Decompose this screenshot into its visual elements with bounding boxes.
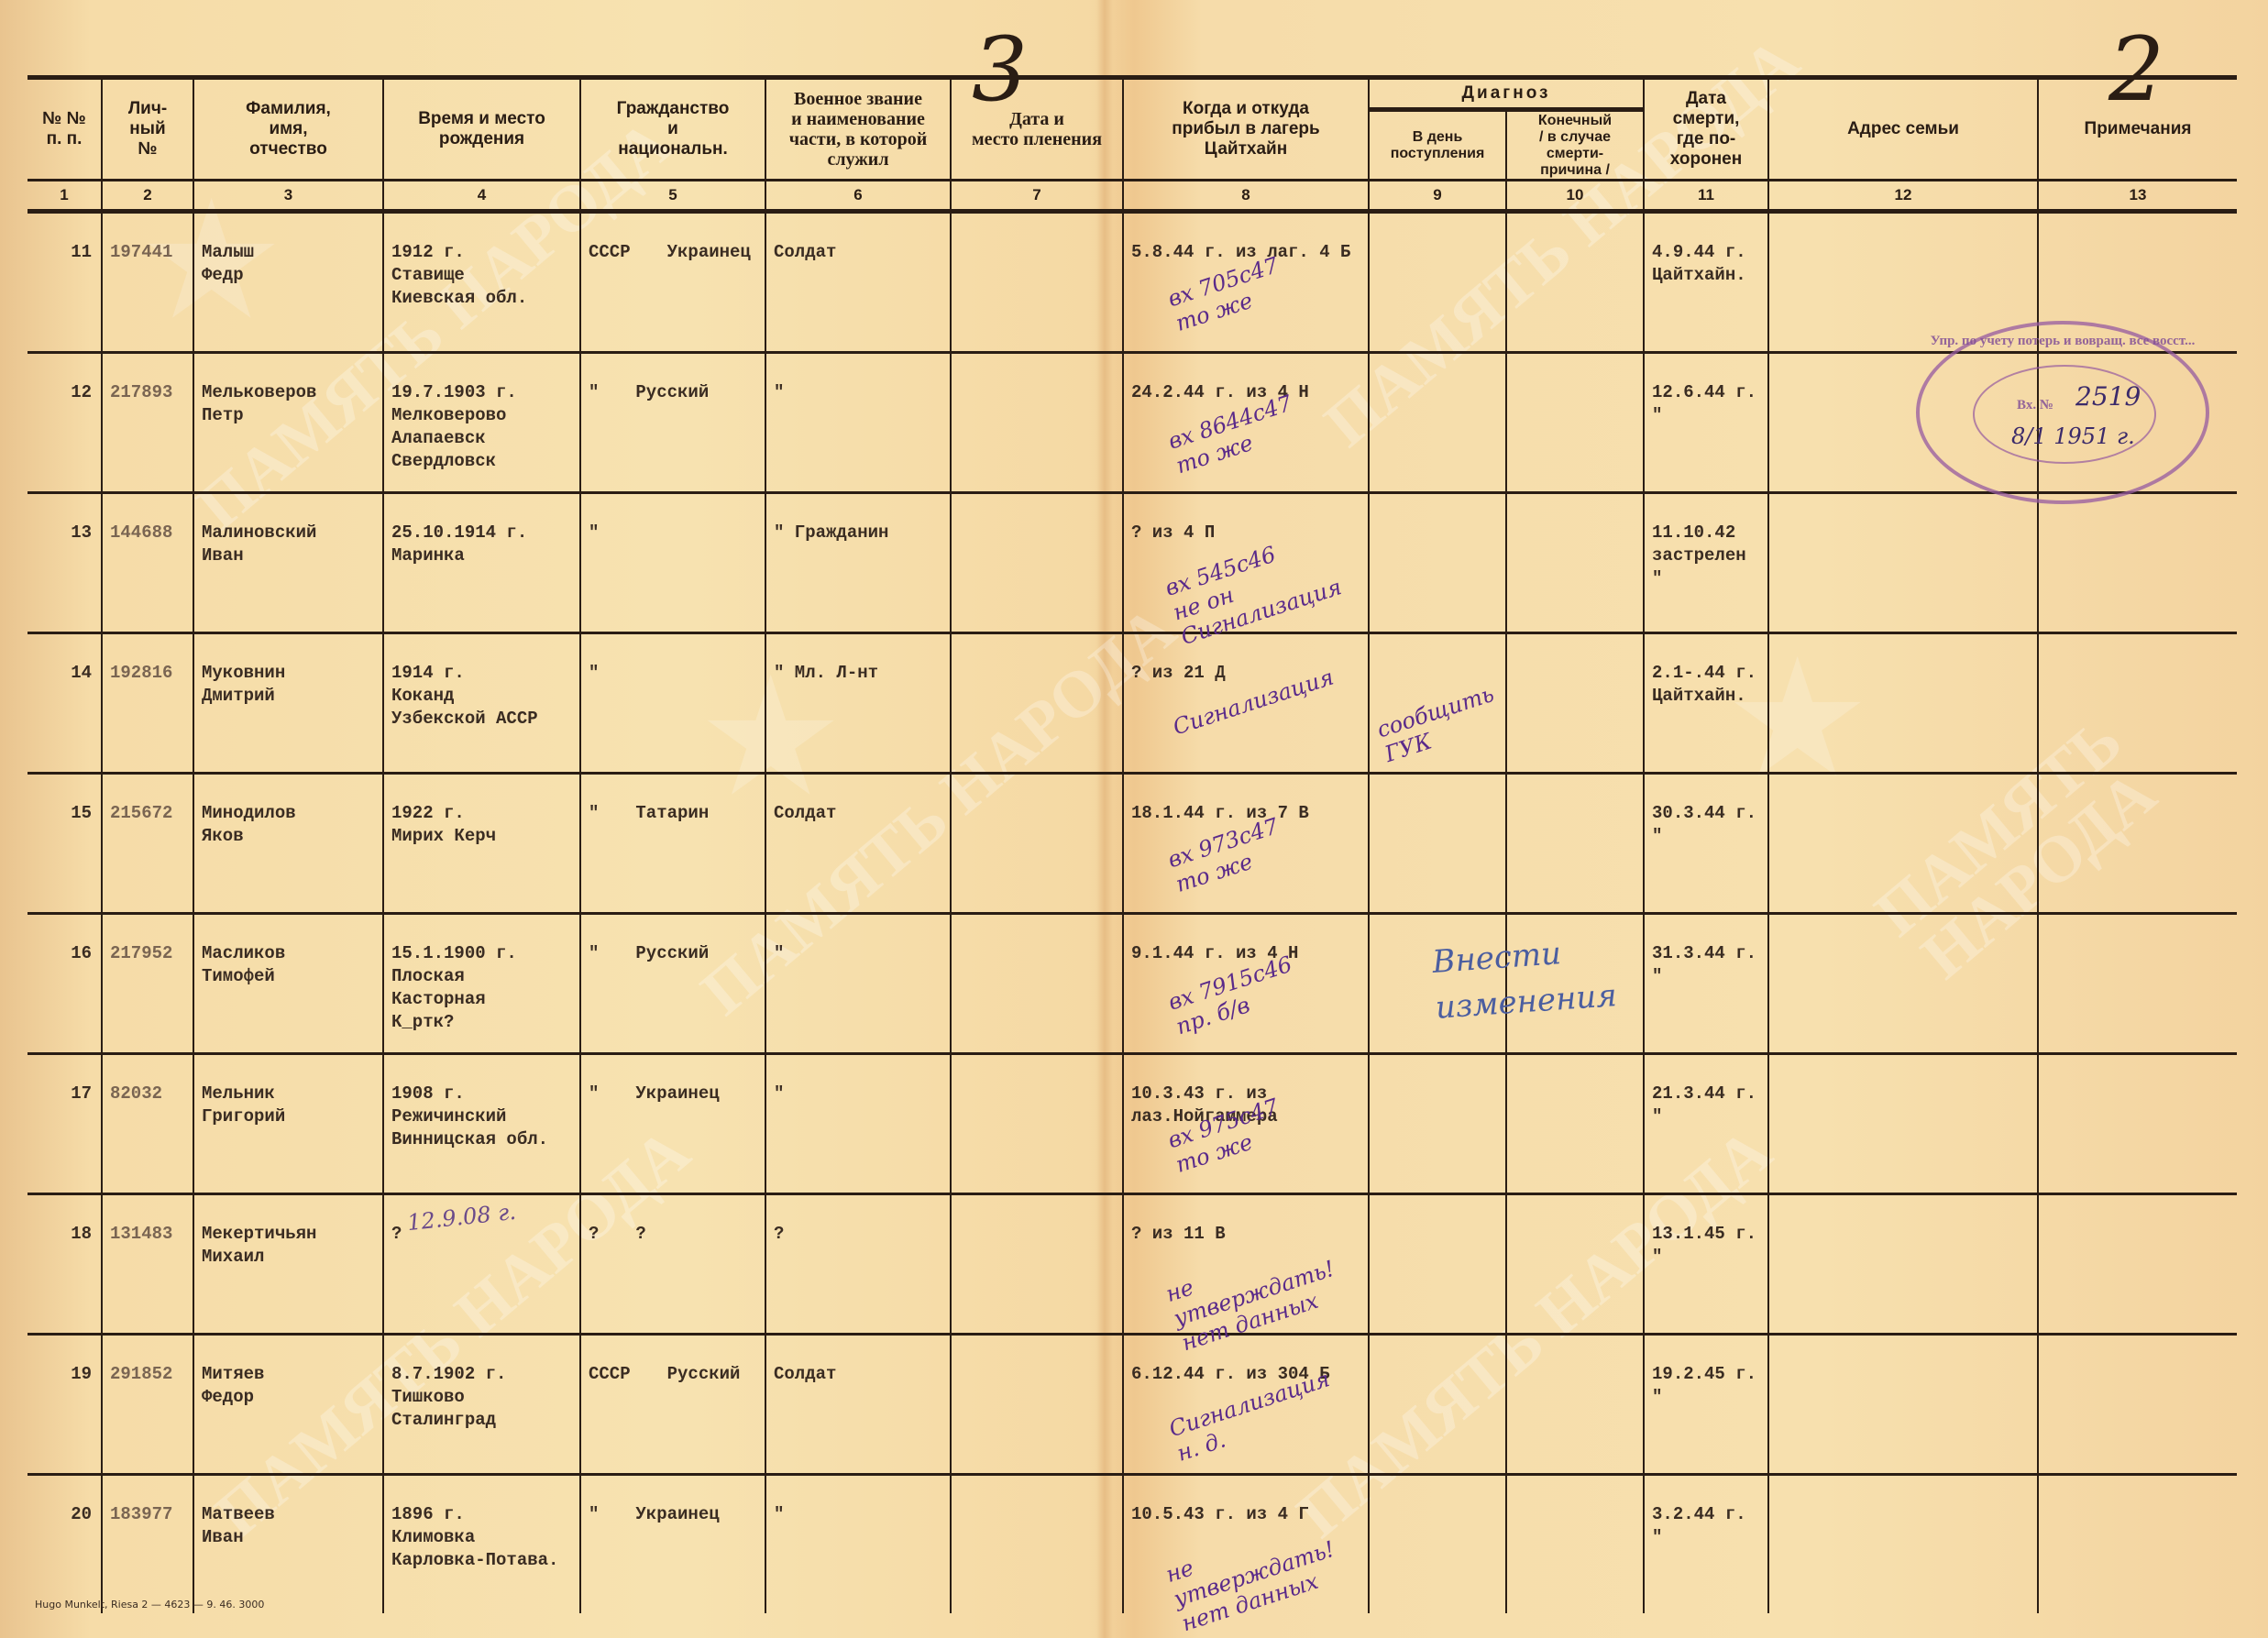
field-name: Мельковеров Петр	[202, 382, 316, 425]
table-row: 16217952Масликов Тимофей15.1.1900 г. Пло…	[28, 914, 2237, 1054]
cell-col-10	[1506, 353, 1644, 493]
cell-col-2: 215672	[102, 774, 193, 914]
cell-col-6: ?	[765, 1194, 951, 1335]
cell-col-11: 4.9.44 г. Цайтхайн.	[1644, 212, 1768, 353]
cell-col-12	[1768, 1475, 2038, 1614]
cell-col-2: 183977	[102, 1475, 193, 1614]
cell-col-4: 19.7.1903 г. Мелковерово Алапаевск Сверд…	[383, 353, 580, 493]
cell-col-9	[1369, 774, 1506, 914]
cell-col-8: 10.3.43 г. из лаз.Нойгаммеравх 975с47 то…	[1123, 1054, 1369, 1194]
cell-col-3: Малыш Федр	[193, 212, 383, 353]
cell-col-4: 25.10.1914 г. Маринка	[383, 493, 580, 633]
cell-col-13	[2038, 633, 2237, 774]
field-rank: " Мл. Л-нт	[774, 663, 878, 683]
cell-col-7	[951, 493, 1123, 633]
field-rank: "	[774, 943, 784, 963]
cell-col-13	[2038, 1054, 2237, 1194]
cell-col-9	[1369, 493, 1506, 633]
cell-col-1: 17	[28, 1054, 102, 1194]
cell-col-5: "	[580, 493, 765, 633]
cell-col-1: 11	[28, 212, 102, 353]
col-number-10: 10	[1506, 181, 1644, 212]
cell-col-7	[951, 633, 1123, 774]
field-personal-no: 131483	[110, 1224, 172, 1244]
cell-col-9	[1369, 1475, 1506, 1614]
field-death: 31.3.44 г. "	[1652, 943, 1756, 986]
cell-col-4: 1914 г. Коканд Узбекской АССР	[383, 633, 580, 774]
cell-col-11: 30.3.44 г. "	[1644, 774, 1768, 914]
field-name: Масликов Тимофей	[202, 943, 285, 986]
col-header-4: Время и место рождения	[383, 78, 580, 181]
col-header-3: Фамилия, имя, отчество	[193, 78, 383, 181]
cell-col-5: "Русский	[580, 914, 765, 1054]
field-birth: 25.10.1914 г. Маринка	[391, 522, 527, 566]
col-number-13: 13	[2038, 181, 2237, 212]
cell-col-12	[1768, 774, 2038, 914]
table-row: 20183977Матвеев Иван1896 г. Климовка Кар…	[28, 1475, 2237, 1614]
field-nationality: Русский	[635, 943, 709, 963]
table-row: 12217893Мельковеров Петр19.7.1903 г. Мел…	[28, 353, 2237, 493]
col-number-6: 6	[765, 181, 951, 212]
field-no: 16	[71, 943, 92, 963]
col-header-2: Лич- ный №	[102, 78, 193, 181]
cell-col-3: Минодилов Яков	[193, 774, 383, 914]
cell-col-8: 10.5.43 г. из 4 Гне утверждать! нет данн…	[1123, 1475, 1369, 1614]
field-rank: Солдат	[774, 1364, 836, 1384]
field-rank: ?	[774, 1224, 784, 1244]
cell-col-12	[1768, 493, 2038, 633]
cell-col-4: 1912 г. Ставище Киевская обл.	[383, 212, 580, 353]
cell-col-7	[951, 1194, 1123, 1335]
table-row: 1782032Мельник Григорий1908 г. Режичинск…	[28, 1054, 2237, 1194]
field-death: 4.9.44 г. Цайтхайн.	[1652, 242, 1746, 285]
cell-col-6: " Мл. Л-нт	[765, 633, 951, 774]
field-death: 30.3.44 г. "	[1652, 803, 1756, 846]
cell-col-6: "	[765, 353, 951, 493]
col-header-13: Примечания	[2038, 78, 2237, 181]
field-citizenship: СССР	[589, 1364, 631, 1384]
field-rank: "	[774, 382, 784, 402]
table-row: 11197441Малыш Федр1912 г. Ставище Киевск…	[28, 212, 2237, 353]
cell-col-8: ? из 11 Вне утверждать! нет данных	[1123, 1194, 1369, 1335]
cell-col-2: 192816	[102, 633, 193, 774]
field-name: Малиновский Иван	[202, 522, 316, 566]
table-row: 15215672Минодилов Яков1922 г. Мирих Керч…	[28, 774, 2237, 914]
field-personal-no: 197441	[110, 242, 172, 262]
col-header-10: Конечный / в случае смерти- причина /	[1506, 110, 1644, 181]
cell-col-3: Мекертичьян Михаил	[193, 1194, 383, 1335]
field-citizenship: "	[589, 1504, 599, 1524]
field-personal-no: 82032	[110, 1083, 162, 1104]
col-number-1: 1	[28, 181, 102, 212]
col-number-12: 12	[1768, 181, 2038, 212]
field-name: Митяев Федор	[202, 1364, 264, 1407]
field-birth: 19.7.1903 г. Мелковерово Алапаевск Сверд…	[391, 382, 517, 471]
cell-col-12	[1768, 633, 2038, 774]
cell-col-13	[2038, 1335, 2237, 1475]
field-citizenship: ?	[589, 1224, 599, 1244]
cell-col-2: 197441	[102, 212, 193, 353]
cell-col-6: " Гражданин	[765, 493, 951, 633]
field-no: 11	[71, 242, 92, 262]
field-no: 17	[71, 1083, 92, 1104]
cell-col-6: "	[765, 1054, 951, 1194]
field-nationality: ?	[635, 1224, 645, 1244]
cell-col-5: "Русский	[580, 353, 765, 493]
cell-col-4: ?12.9.08 г.	[383, 1194, 580, 1335]
cell-col-6: Солдат	[765, 212, 951, 353]
col-header-7: Дата и место пленения	[951, 78, 1123, 181]
field-no: 13	[71, 522, 92, 543]
prisoner-register-table: № № п. п. Лич- ный № Фамилия, имя, отчес…	[28, 75, 2237, 1613]
cell-col-7	[951, 914, 1123, 1054]
cell-col-5: "Татарин	[580, 774, 765, 914]
cell-col-12	[1768, 914, 2038, 1054]
cell-col-10	[1506, 1335, 1644, 1475]
cell-col-2: 131483	[102, 1194, 193, 1335]
cell-col-1: 14	[28, 633, 102, 774]
cell-col-11: 3.2.44 г. "	[1644, 1475, 1768, 1614]
field-death: 3.2.44 г. "	[1652, 1504, 1746, 1547]
field-name: Малыш Федр	[202, 242, 254, 285]
cell-col-1: 20	[28, 1475, 102, 1614]
cell-col-13	[2038, 1475, 2237, 1614]
cell-col-1: 16	[28, 914, 102, 1054]
col-header-diagnosis: Диагноз	[1369, 78, 1644, 110]
cell-col-11: 31.3.44 г. "	[1644, 914, 1768, 1054]
field-arrived: ? из 4 П	[1131, 522, 1215, 543]
field-birth: 8.7.1902 г. Тишково Сталинград	[391, 1364, 506, 1430]
cell-col-10	[1506, 493, 1644, 633]
field-name: Мекертичьян Михаил	[202, 1224, 316, 1267]
field-no: 14	[71, 663, 92, 683]
field-nationality: Русский	[635, 382, 709, 402]
col-number-3: 3	[193, 181, 383, 212]
cell-col-2: 144688	[102, 493, 193, 633]
field-birth: 1908 г. Режичинский Винницская обл.	[391, 1083, 548, 1149]
field-citizenship: "	[589, 803, 599, 823]
col-header-12: Адрес семьи	[1768, 78, 2038, 181]
handwritten-note: вх 705с47 то же	[1164, 252, 1289, 336]
field-rank: Солдат	[774, 803, 836, 823]
table-row: 18131483Мекертичьян Михаил?12.9.08 г.???…	[28, 1194, 2237, 1335]
cell-col-7	[951, 353, 1123, 493]
cell-col-5: СССРРусский	[580, 1335, 765, 1475]
cell-col-11: 12.6.44 г. "	[1644, 353, 1768, 493]
cell-col-13	[2038, 493, 2237, 633]
handwritten-note-2: сообщить ГУК	[1374, 681, 1505, 767]
col-number-2: 2	[102, 181, 193, 212]
cell-col-8: ? из 21 ДСигнализация	[1123, 633, 1369, 774]
field-personal-no: 215672	[110, 803, 172, 823]
field-rank: "	[774, 1504, 784, 1524]
cell-col-7	[951, 1335, 1123, 1475]
col-number-8: 8	[1123, 181, 1369, 212]
col-header-6: Военное звание и наименование части, в к…	[765, 78, 951, 181]
cell-col-7	[951, 212, 1123, 353]
table-row: 14192816Муковнин Дмитрий1914 г. Коканд У…	[28, 633, 2237, 774]
cell-col-6: "	[765, 1475, 951, 1614]
field-name: Матвеев Иван	[202, 1504, 275, 1547]
cell-col-7	[951, 774, 1123, 914]
cell-col-4: 1908 г. Режичинский Винницская обл.	[383, 1054, 580, 1194]
cell-col-2: 291852	[102, 1335, 193, 1475]
cell-col-3: Митяев Федор	[193, 1335, 383, 1475]
table-row: 19291852Митяев Федор8.7.1902 г. Тишково …	[28, 1335, 2237, 1475]
field-nationality: Украинец	[635, 1083, 719, 1104]
field-rank: "	[774, 1083, 784, 1104]
field-death: 19.2.45 г. "	[1652, 1364, 1756, 1407]
field-nationality: Русский	[667, 1364, 741, 1384]
cell-col-10	[1506, 633, 1644, 774]
field-no: 12	[71, 382, 92, 402]
cell-col-3: Малиновский Иван	[193, 493, 383, 633]
cell-col-13	[2038, 774, 2237, 914]
cell-col-6: Солдат	[765, 1335, 951, 1475]
cell-col-10	[1506, 1194, 1644, 1335]
field-personal-no: 291852	[110, 1364, 172, 1384]
cell-col-6: "	[765, 914, 951, 1054]
field-arrived: 18.1.44 г. из 7 В	[1131, 803, 1309, 823]
cell-col-1: 18	[28, 1194, 102, 1335]
cell-col-9: сообщить ГУК	[1369, 633, 1506, 774]
field-arrived: ? из 11 В	[1131, 1224, 1226, 1244]
cell-col-4: 8.7.1902 г. Тишково Сталинград	[383, 1335, 580, 1475]
field-citizenship: "	[589, 943, 599, 963]
cell-col-12	[1768, 1054, 2038, 1194]
cell-col-10	[1506, 914, 1644, 1054]
cell-col-12	[1768, 1335, 2038, 1475]
field-citizenship: "	[589, 663, 599, 683]
cell-col-8: 18.1.44 г. из 7 Ввх 973с47 то же	[1123, 774, 1369, 914]
cell-col-4: 1896 г. Климовка Карловка-Потава.	[383, 1475, 580, 1614]
field-death: 11.10.42 застрелен "	[1652, 522, 1746, 588]
field-death: 21.3.44 г. "	[1652, 1083, 1756, 1127]
cell-col-11: 21.3.44 г. "	[1644, 1054, 1768, 1194]
cell-col-3: Муковнин Дмитрий	[193, 633, 383, 774]
field-personal-no: 144688	[110, 522, 172, 543]
cell-col-9: Внести изменения	[1369, 914, 1506, 1054]
cell-col-11: 19.2.45 г. "	[1644, 1335, 1768, 1475]
field-name: Муковнин Дмитрий	[202, 663, 285, 706]
field-personal-no: 217952	[110, 943, 172, 963]
cell-col-5: "	[580, 633, 765, 774]
field-birth: 1896 г. Климовка Карловка-Потава.	[391, 1504, 558, 1570]
field-personal-no: 217893	[110, 382, 172, 402]
field-arrived: 5.8.44 г. из лаг. 4 Б	[1131, 242, 1350, 262]
cell-col-7	[951, 1475, 1123, 1614]
field-death: 13.1.45 г. "	[1652, 1224, 1756, 1267]
field-citizenship: СССР	[589, 242, 631, 262]
field-death: 12.6.44 г. "	[1652, 382, 1756, 425]
field-birth: 1914 г. Коканд Узбекской АССР	[391, 663, 538, 729]
cell-col-6: Солдат	[765, 774, 951, 914]
cell-col-8: 5.8.44 г. из лаг. 4 Бвх 705с47 то же	[1123, 212, 1369, 353]
field-arrived: ? из 21 Д	[1131, 663, 1226, 683]
field-birth: ?	[391, 1224, 402, 1244]
field-no: 15	[71, 803, 92, 823]
cell-col-13	[2038, 914, 2237, 1054]
cell-col-3: Масликов Тимофей	[193, 914, 383, 1054]
field-name: Минодилов Яков	[202, 803, 296, 846]
cell-col-5: ??	[580, 1194, 765, 1335]
cell-col-10	[1506, 212, 1644, 353]
cell-col-5: "Украинец	[580, 1475, 765, 1614]
cell-col-4: 1922 г. Мирих Керч	[383, 774, 580, 914]
cell-col-3: Матвеев Иван	[193, 1475, 383, 1614]
cell-col-1: 12	[28, 353, 102, 493]
registration-stamp: Упр. по учету потерь и вовращ. все восст…	[1916, 321, 2209, 504]
field-rank: " Гражданин	[774, 522, 888, 543]
cell-col-3: Мельковеров Петр	[193, 353, 383, 493]
cell-col-12	[1768, 1194, 2038, 1335]
cell-col-5: СССРУкраинец	[580, 212, 765, 353]
field-birth: 1912 г. Ставище Киевская обл.	[391, 242, 527, 308]
cell-col-11: 11.10.42 застрелен "	[1644, 493, 1768, 633]
cell-col-1: 15	[28, 774, 102, 914]
printer-imprint: Hugo Munkelt, Riesa 2 — 4623 — 9. 46. 30…	[35, 1599, 264, 1611]
cell-col-10	[1506, 1054, 1644, 1194]
cell-col-8: 6.12.44 г. из 304 БСигнализация н. д.	[1123, 1335, 1369, 1475]
cell-col-9	[1369, 212, 1506, 353]
col-header-5: Гражданство и национальн.	[580, 78, 765, 181]
field-no: 19	[71, 1364, 92, 1384]
field-name: Мельник Григорий	[202, 1083, 285, 1127]
field-no: 18	[71, 1224, 92, 1244]
cell-col-9	[1369, 353, 1506, 493]
cell-col-4: 15.1.1900 г. Плоская Касторная К_ртк?	[383, 914, 580, 1054]
col-number-7: 7	[951, 181, 1123, 212]
cell-col-11: 13.1.45 г. "	[1644, 1194, 1768, 1335]
field-nationality: Украинец	[667, 242, 751, 262]
field-citizenship: "	[589, 522, 599, 543]
cell-col-1: 19	[28, 1335, 102, 1475]
cell-col-13	[2038, 1194, 2237, 1335]
field-arrived: 10.5.43 г. из 4 Г	[1131, 1504, 1309, 1524]
cell-col-8: 24.2.44 г. из 4 Нвх 8644с47 то же	[1123, 353, 1369, 493]
col-header-1: № № п. п.	[28, 78, 102, 181]
cell-col-10	[1506, 774, 1644, 914]
col-number-5: 5	[580, 181, 765, 212]
col-number-11: 11	[1644, 181, 1768, 212]
cell-col-11: 2.1-.44 г. Цайтхайн.	[1644, 633, 1768, 774]
field-death: 2.1-.44 г. Цайтхайн.	[1652, 663, 1756, 706]
cell-col-9	[1369, 1335, 1506, 1475]
col-header-9: В день поступления	[1369, 110, 1506, 181]
cell-col-2: 82032	[102, 1054, 193, 1194]
col-number-4: 4	[383, 181, 580, 212]
field-citizenship: "	[589, 382, 599, 402]
field-rank: Солдат	[774, 242, 836, 262]
handwritten-note: вх 973с47 то же	[1164, 813, 1289, 897]
field-birth: 1922 г. Мирих Керч	[391, 803, 496, 846]
cell-col-2: 217893	[102, 353, 193, 493]
col-header-11: Дата смерти, где по- хоронен	[1644, 78, 1768, 181]
col-header-8: Когда и откуда прибыл в лагерь Цайтхайн	[1123, 78, 1369, 181]
field-personal-no: 183977	[110, 1504, 172, 1524]
cell-col-2: 217952	[102, 914, 193, 1054]
field-birth: 15.1.1900 г. Плоская Касторная К_ртк?	[391, 943, 517, 1032]
field-no: 20	[71, 1504, 92, 1524]
cell-col-9	[1369, 1054, 1506, 1194]
cell-col-8: ? из 4 Пвх 545с46 не он Сигнализация	[1123, 493, 1369, 633]
field-nationality: Татарин	[635, 803, 709, 823]
col-number-9: 9	[1369, 181, 1506, 212]
cell-col-8: 9.1.44 г. из 4 Нвх 7915с46 пр. б/в	[1123, 914, 1369, 1054]
field-personal-no: 192816	[110, 663, 172, 683]
cell-col-1: 13	[28, 493, 102, 633]
cell-col-9	[1369, 1194, 1506, 1335]
cell-col-3: Мельник Григорий	[193, 1054, 383, 1194]
field-citizenship: "	[589, 1083, 599, 1104]
cell-col-10	[1506, 1475, 1644, 1614]
cell-col-7	[951, 1054, 1123, 1194]
field-nationality: Украинец	[635, 1504, 719, 1524]
cell-col-5: "Украинец	[580, 1054, 765, 1194]
table-row: 13144688Малиновский Иван25.10.1914 г. Ма…	[28, 493, 2237, 633]
